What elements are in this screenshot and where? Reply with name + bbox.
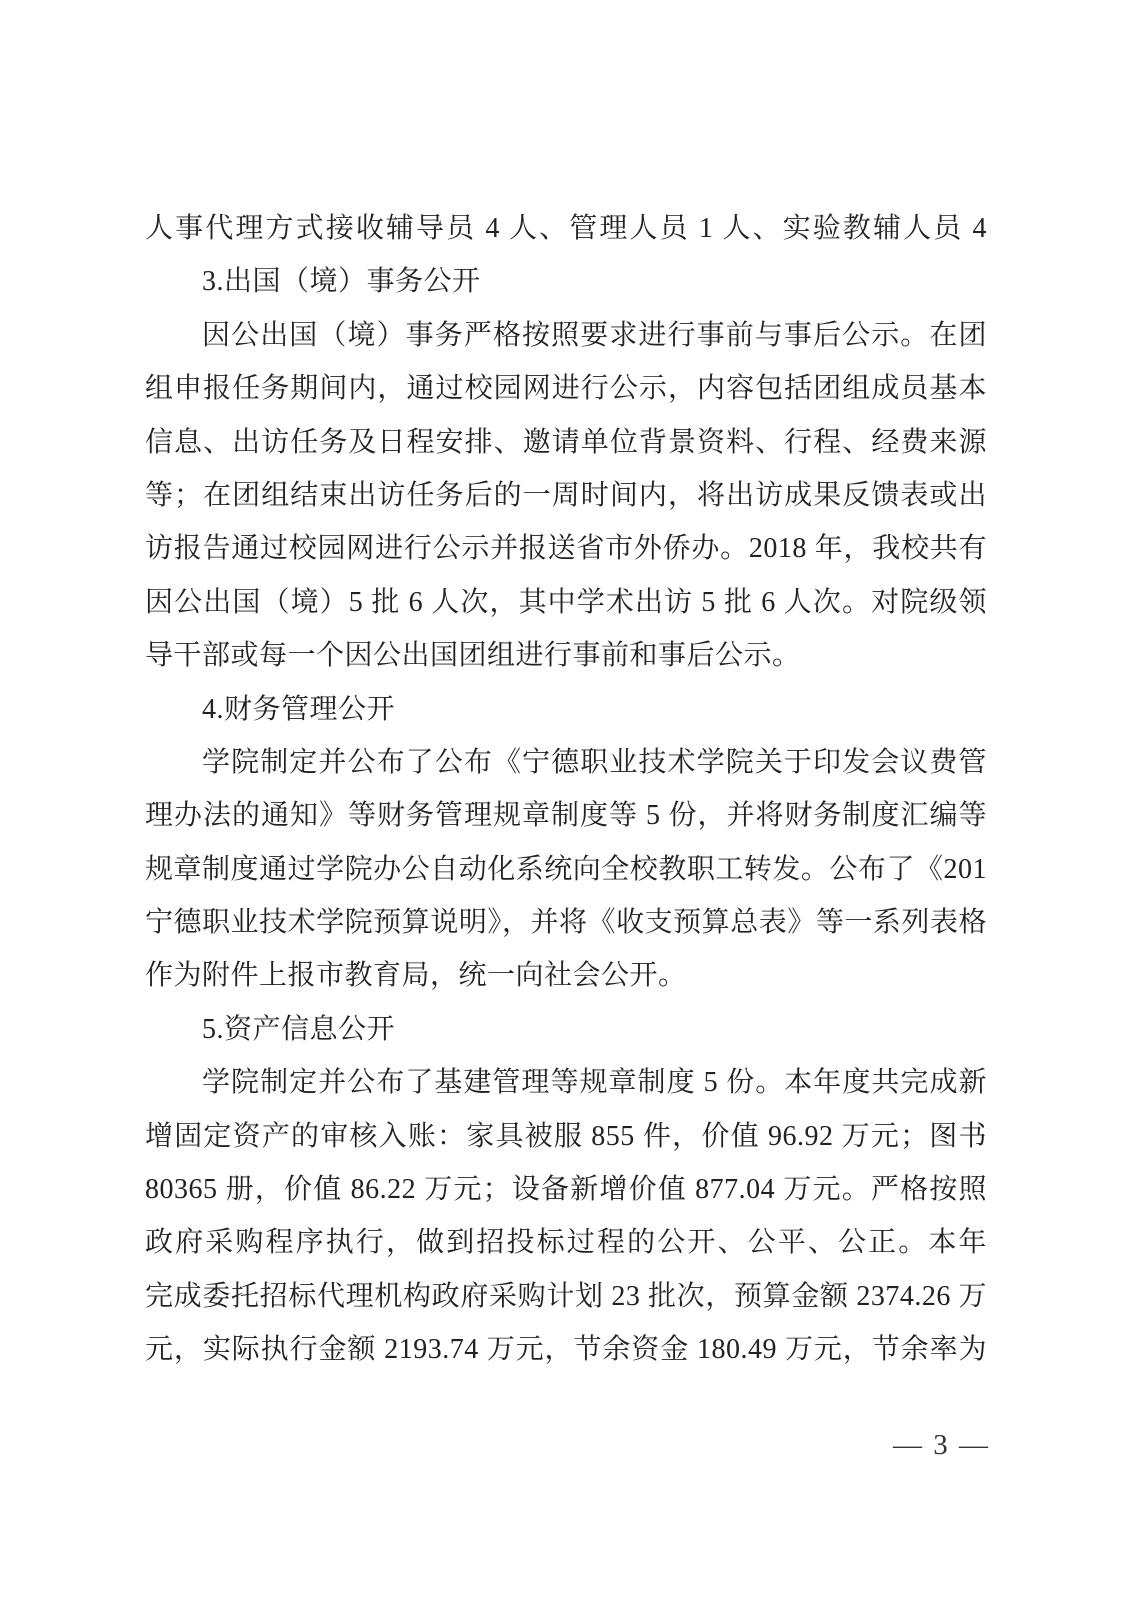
text-line: 增固定资产的审核入账：家具被服 855 件，价值 96.92 万元；图书 bbox=[145, 1110, 987, 1163]
text-line: 组申报任务期间内，通过校园网进行公示，内容包括团组成员基本 bbox=[145, 362, 987, 415]
text-line: 因公出国（境）事务严格按照要求进行事前与事后公示。在团 bbox=[145, 309, 987, 362]
text-line: 学院制定并公布了公布《宁德职业技术学院关于印发会议费管 bbox=[145, 736, 987, 789]
text-line: 80365 册，价值 86.22 万元；设备新增价值 877.04 万元。严格按… bbox=[145, 1163, 987, 1216]
document-page: 人事代理方式接收辅导员 4 人、管理人员 1 人、实验教辅人员 4 人。3.出国… bbox=[0, 0, 1130, 1600]
text-line: 导干部或每一个因公出国团组进行事前和事后公示。 bbox=[145, 629, 987, 682]
text-line: 因公出国（境）5 批 6 人次，其中学术出访 5 批 6 人次。对院级领 bbox=[145, 576, 987, 629]
text-line: 信息、出访任务及日程安排、邀请单位背景资料、行程、经费来源 bbox=[145, 416, 987, 469]
text-line: 人事代理方式接收辅导员 4 人、管理人员 1 人、实验教辅人员 4 人。 bbox=[145, 202, 987, 255]
text-line: 政府采购程序执行，做到招投标过程的公开、公平、公正。本年度， bbox=[145, 1216, 987, 1269]
text-line: 元，实际执行金额 2193.74 万元，节余资金 180.49 万元，节余率为 bbox=[145, 1323, 987, 1376]
text-line: 作为附件上报市教育局，统一向社会公开。 bbox=[145, 949, 987, 1002]
text-line: 宁德职业技术学院预算说明》，并将《收支预算总表》等一系列表格 bbox=[145, 896, 987, 949]
text-line: 完成委托招标代理机构政府采购计划 23 批次，预算金额 2374.26 万 bbox=[145, 1270, 987, 1323]
text-line: 等；在团组结束出访任务后的一周时间内，将出访成果反馈表或出 bbox=[145, 469, 987, 522]
text-line: 学院制定并公布了基建管理等规章制度 5 份。本年度共完成新 bbox=[145, 1056, 987, 1109]
text-line: 3.出国（境）事务公开 bbox=[145, 255, 987, 308]
text-line: 规章制度通过学院办公自动化系统向全校教职工转发。公布了《2018 bbox=[145, 843, 987, 896]
text-line: 理办法的通知》等财务管理规章制度等 5 份，并将财务制度汇编等 bbox=[145, 789, 987, 842]
text-line: 5.资产信息公开 bbox=[145, 1003, 987, 1056]
document-body: 人事代理方式接收辅导员 4 人、管理人员 1 人、实验教辅人员 4 人。3.出国… bbox=[145, 202, 987, 1377]
text-line: 4.财务管理公开 bbox=[145, 683, 987, 736]
page-number: — 3 — bbox=[893, 1428, 990, 1462]
text-line: 访报告通过校园网进行公示并报送省市外侨办。2018 年，我校共有 bbox=[145, 522, 987, 575]
